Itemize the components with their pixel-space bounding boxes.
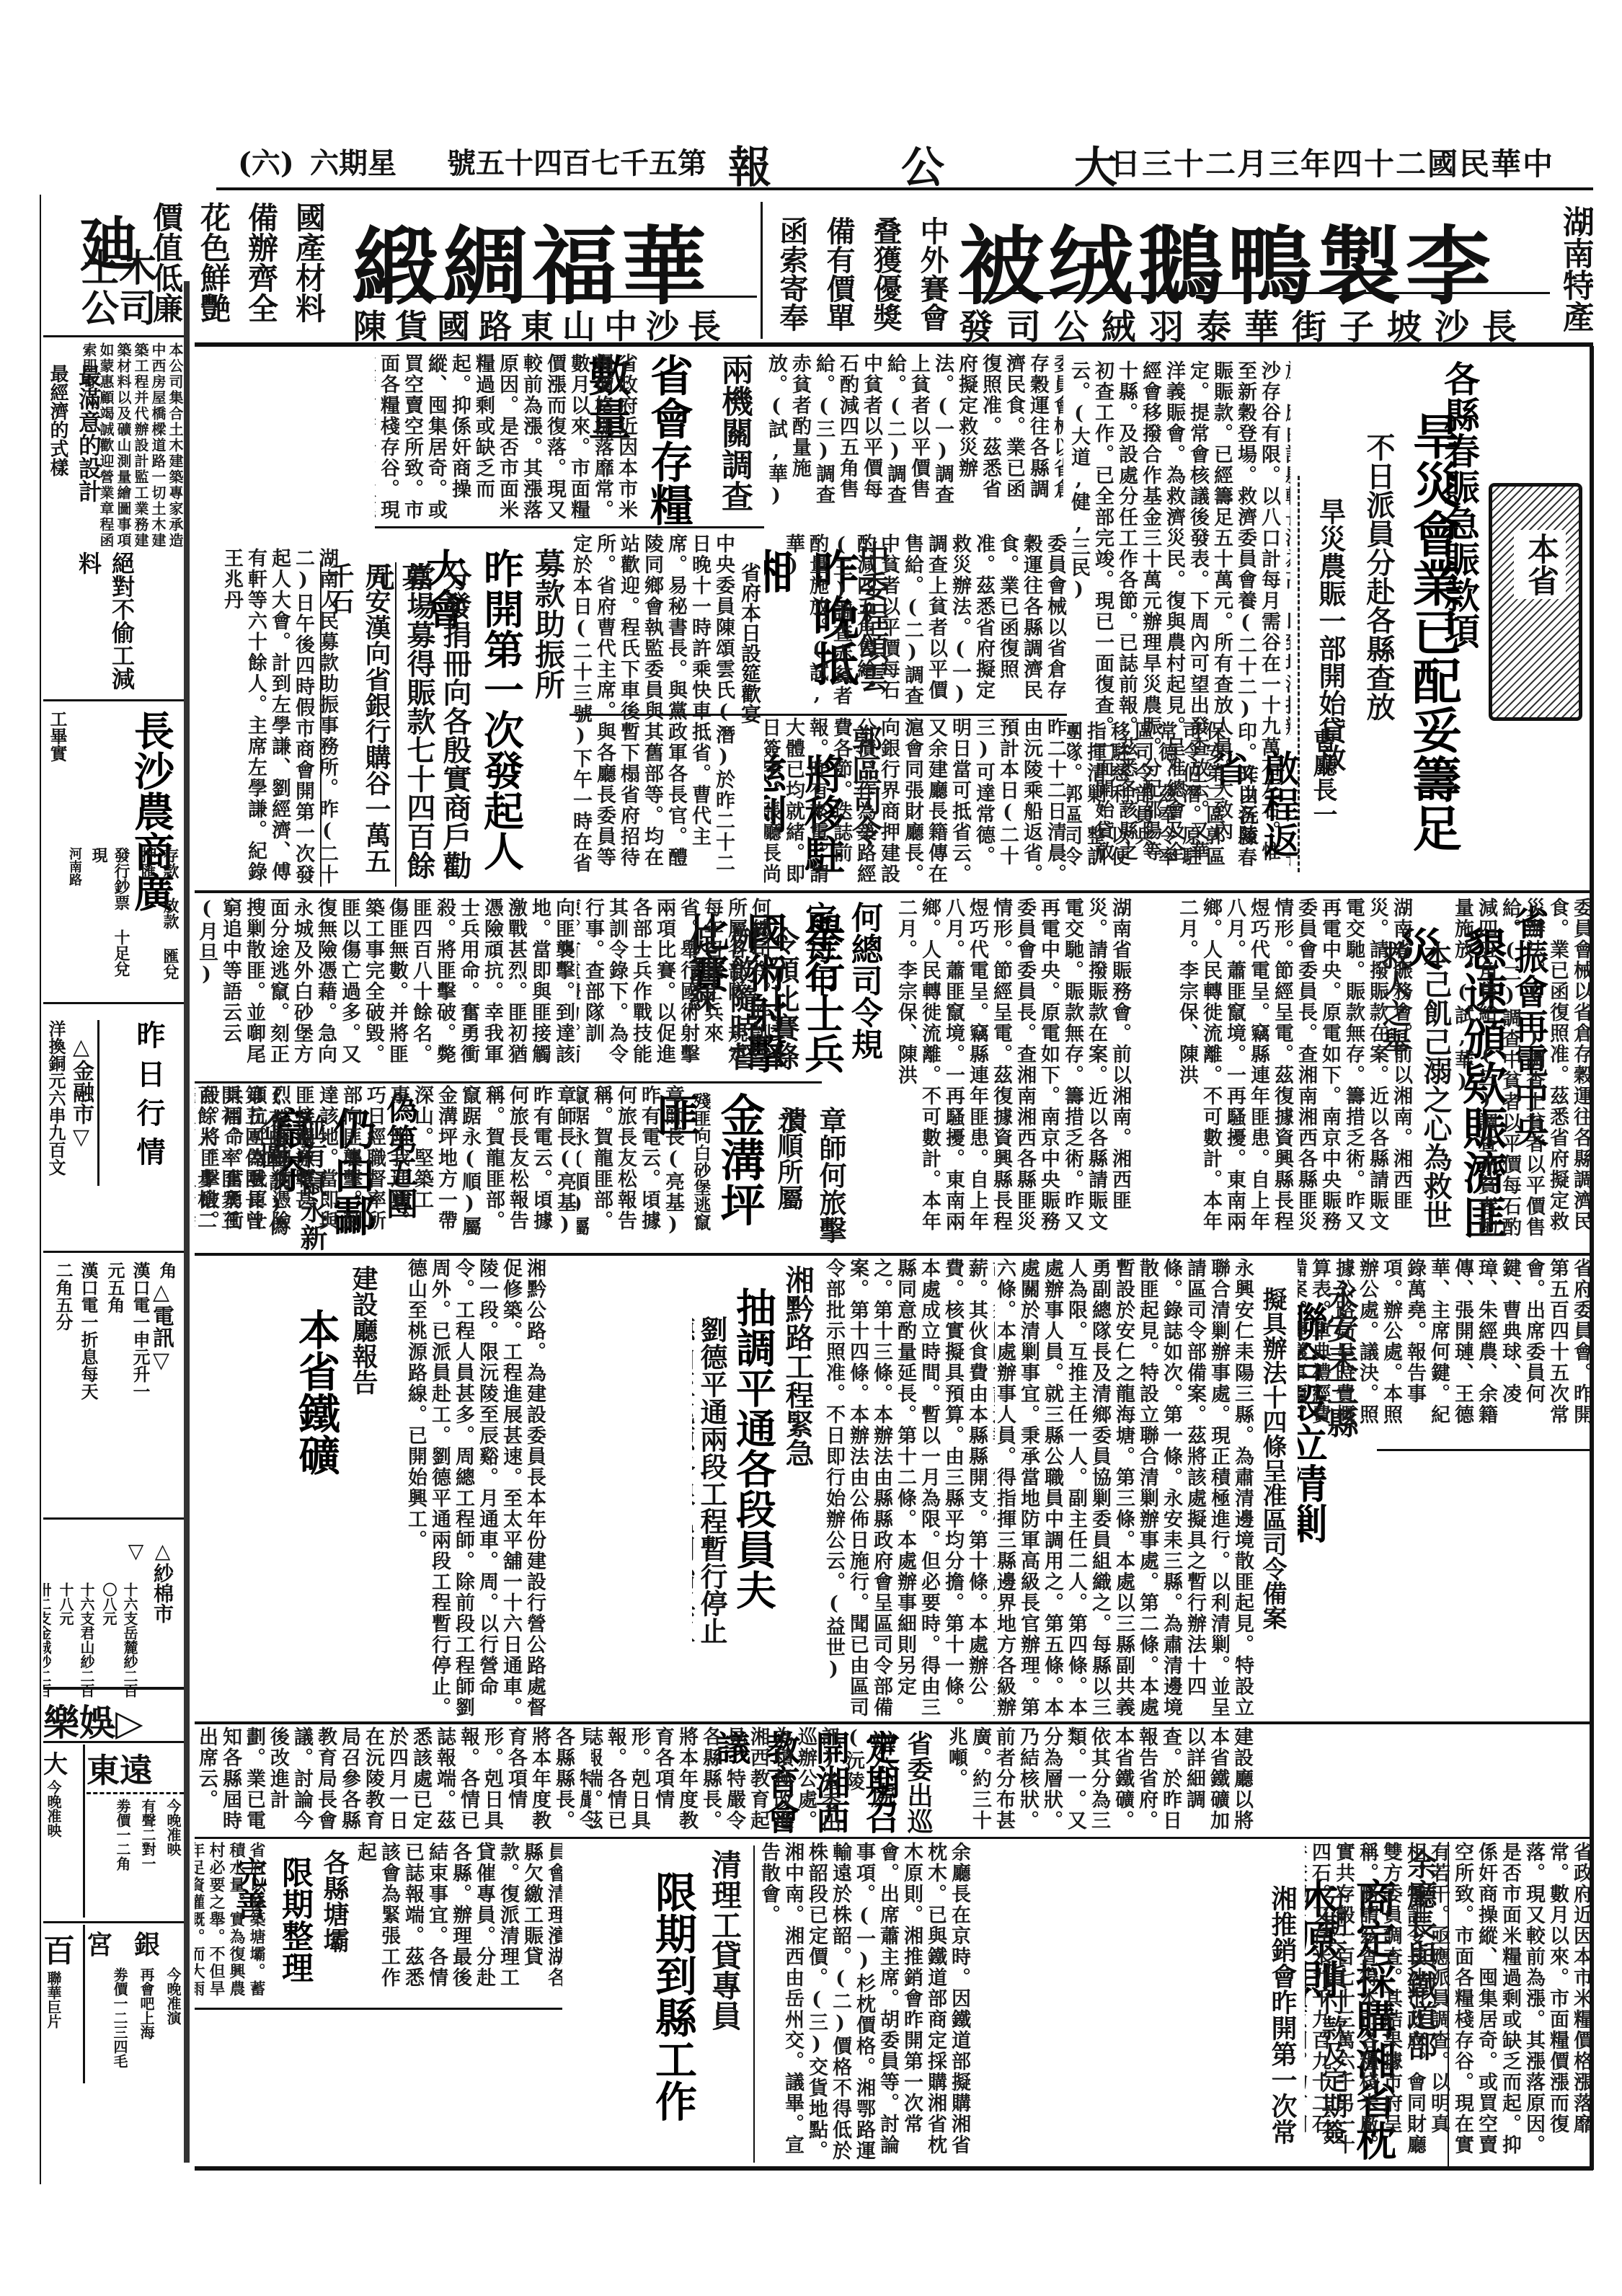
article-body: 何總司令。昨訓令所屬各部隊。規定每年召集士兵來省。舉行國術射擊兩項比賽。以促進各…: [577, 897, 771, 1081]
subheadline: 德山至桃源路線已開始興工: [692, 1316, 699, 1644]
subheadline: 擬具辦法十四條呈准區司令備案: [1255, 1287, 1290, 1630]
article-highway-body: 建設廳以將本省鐵礦加以詳細調查。於昨日報告省府。本省鐵礦。依其分為三類。一。又分…: [944, 1727, 1593, 1835]
rule: [195, 1837, 1593, 1839]
article-cao: 曹廳長一 啟程返省 昨由沅陵 保安第二區郭區司令伯潛。原駐常德。茲奉令率區司令部…: [1067, 721, 1355, 887]
article-drought-sub: 不日派員分赴各縣查放: [1348, 433, 1399, 872]
theater-name: 百: [43, 1925, 83, 1971]
market-section: 昨日行情 △金融市▽ 洋換銅元六串九百文 △電訊▽ 漢口電一申鈔升九角 漢口電一…: [43, 1006, 184, 1633]
market-cotton-line: 十六支岳麓紗二百〇八元: [99, 1582, 141, 1698]
theater-line: 有聲二對一: [138, 1799, 159, 1921]
article-sleepers: 余廳長與鐵道部 商定採購湘省枕木原則 分期交貨付款及定期簽約 省政府近因本市米糧…: [1305, 1842, 1593, 2166]
article-body: 省政府近因本市米糧價格漲落靡常。數月以來。市面糧價漲而復落。現又較前為漲。其漲落…: [378, 353, 638, 526]
theater-name: 銀宮: [87, 1925, 184, 1962]
article-he-martial: 何總司令規定每年 舉行士兵國術射擊比賽 令頒比賽條例飭隨時督促訓練 何總司令。昨…: [577, 897, 894, 1081]
headline-main: 抽調平通各段員夫: [724, 1287, 782, 1610]
ad-bank-address: 河南路: [65, 847, 84, 991]
article-body: 章師長(亮基)昨有電云。頃據何旅長友松報告稱。賀龍匪部。竄踞永(順)屬金溝坪地方…: [195, 897, 577, 1081]
masthead-date: 中華民國二十四年三月二十三日: [1110, 141, 1586, 184]
ad-construction-footer: 最經濟的式樣: [45, 364, 71, 477]
entertainment-heading: ▷娛樂: [43, 1694, 184, 1746]
theater-name: 遠東: [87, 1745, 184, 1794]
ad-silk-note: 備辦齊全: [239, 202, 283, 339]
theater-line: 今晚准映: [163, 1799, 184, 1921]
page-right-border: [1590, 346, 1594, 2170]
left-column-border: [184, 281, 190, 2163]
article-body: 保安第二區郭區司令伯潛。原駐常德。茲奉令率區司令部員兵。移駐慈利。以便指揮清剿。…: [1067, 721, 1226, 887]
market-telegraph-line: 漢口電一申鈔升九角: [154, 1262, 184, 1406]
masthead-rule: [216, 187, 1593, 190]
headline-pre: 湘黔路工程緊急: [777, 1265, 818, 1467]
article-cheng-body: 省府本日設筵歡宴 中央委員陳頌雲氏(潛)於昨二十二日晚十一時許乘快車抵省。曹代主…: [570, 533, 764, 887]
market-telegraph-lines: 漢口電一申鈔升九角 漢口電一申元升一元五角 漢口電一折息每天二角五分: [50, 1262, 184, 1406]
article-provincial-meeting-head: 湘黔路工程緊急 抽調平通各段員夫 劉德平通兩段工程暫行停止 德山至桃源路線已開始…: [692, 1258, 822, 1719]
article-fundraising: 募款助振所 昨開第一次發起人大會 分發捐冊向各殷實商戶勸募 當場募得賑款七十四百…: [195, 533, 570, 887]
article-ponds: [195, 2011, 562, 2166]
article-body: 章師長(亮基)昨有電云。頃據何旅長友松報告稱。賀龍匪部。竄踞永(順)屬金溝坪地方…: [577, 1085, 685, 1251]
left-margin-line: [40, 195, 41, 2184]
masthead-char-2: 公: [901, 133, 944, 184]
ad-duck-note: 函索寄奉: [771, 216, 812, 339]
ad-construction-slogan-2: 絕對不偷工減料: [72, 551, 138, 699]
ad-duck-divider: [959, 292, 1550, 294]
article-body: 省府以修築塘壩。蓄積水量。實為復興農村必要之舉。不但旱年足資灌溉。而大雨過多之歲…: [195, 1842, 267, 2008]
article-body: 湖南水災善後委員會清理濱湖各縣欠繳工賑貸款。復派清理工貸催專員。分赴各縣。辦理最…: [353, 1842, 562, 2008]
ad-duck-address: 長沙坡子街華泰羽絨公司發行: [959, 299, 1550, 342]
ad-bank-side: 工畢實: [45, 710, 70, 762]
headline-main: 旱災會業已配妥籌足: [1399, 411, 1468, 852]
article-price-body-a: 委員會械以省倉存穀運往各縣調濟民食。業已函復照准。茲悉省府擬定救災辦法。(一)調…: [764, 353, 1063, 519]
ad-construction-slogan-1: 最滿意的設計: [72, 364, 105, 502]
ad-bank-line: 發行鈔票 十足兌現: [88, 847, 133, 991]
theater-da[interactable]: 大 今晚准映: [43, 1745, 85, 1918]
rule: [577, 1081, 822, 1083]
subheadline: 湘推銷會昨開第一次常會: [1262, 1885, 1301, 2166]
article-provincial-meeting-body: 湘黔公路。為建設委員長本年份建設行營公路處督促修築。工程進展甚速。至太平舖一十六…: [404, 1258, 678, 1719]
headline-main: 限期到縣工作: [642, 1871, 703, 2122]
article-relief-cont: 湖南省賑務會。前以湘南。湘西匪災。請撥賑款在案。近以各縣請賑文電交馳。賑款無存。…: [894, 897, 1135, 1251]
rule: [1377, 1449, 1593, 1451]
ad-construction: 廸 土木 公司 本公司集合土木建築專家承造中西房屋橋樑道路一切土木建築工程并代辦…: [43, 198, 184, 699]
article-body: 章師長(亮基)昨有電云。頃據何旅長友松報告稱。賀龍匪部。竄踞永(順)屬金溝坪地方…: [425, 1085, 577, 1251]
article-body: [195, 2011, 454, 2166]
ad-duck-brand: 李製鴨鵝绒被: [959, 198, 1550, 299]
masthead-char-3: 報: [728, 133, 771, 184]
theater-line: 再會吧上海: [136, 1967, 157, 2090]
rule: [195, 2008, 562, 2010]
article-drought-headline: 各縣春賑急賑款項 旱災會業已配妥籌足: [1399, 360, 1485, 879]
article-jingou: 永順所屬 金溝坪匪 章師何旅擊潰 殘匪向白砂堡逃竄 章師長(亮基)昨有電云。頃據…: [577, 1085, 894, 1251]
article-body: 委員會械以省倉存穀運往各縣調濟民食。業已函復照准。茲悉省府擬定救災辦法。(一)調…: [764, 353, 1063, 519]
market-divider: [43, 1251, 184, 1253]
subheadline: 不日派員分赴各縣查放: [1362, 433, 1395, 721]
article-iron-mine: 省委出巡辦公處 定期召開湘西教育會議 (沅陵訊)省委出巡辦公處。為積極改進湘西教…: [591, 1727, 944, 1835]
market-divider: [43, 1517, 184, 1520]
article-body: (茶陵特訊)偽第五團偽團長曾開福。率匪衆三百餘人。步槍二百餘桿。花機關槍七八枝。…: [195, 1085, 288, 1251]
ad-duck-down: 湖南特產 李製鴨鵝绒被 長沙坡子街華泰羽絨公司發行 中外賽會 叠獲優獎 備有價單…: [764, 198, 1593, 342]
article-jingou-cont: 章師長(亮基)昨有電云。頃據何旅長友松報告稱。賀龍匪部。竄踞永(順)屬金溝坪地方…: [195, 897, 577, 1081]
masthead-char-1: 大: [1074, 133, 1117, 184]
rule: [43, 1921, 184, 1923]
market-title: 昨日行情: [128, 1020, 169, 1176]
market-telegraph-line: 漢口電一折息每天二角五分: [50, 1262, 101, 1406]
ad-separator: [761, 202, 763, 339]
article-three-counties: 擬具辦法十四條呈准區司令備案 永興安仁耒陽三縣。為肅清邊境散匪起見。特設立聯合清…: [995, 1258, 1298, 1719]
market-telegraph-line: 漢口電一申元升一元五角: [102, 1262, 153, 1406]
subheadline: 昨由沅陵: [1233, 764, 1262, 845]
theater-line: 劵價一二三四毛: [110, 1967, 130, 2090]
masthead-page-number: (六): [238, 141, 296, 184]
theater-far-east[interactable]: 遠東 今晚准映 有聲二對一 劵價一二角: [87, 1745, 184, 1918]
article-body: 湘黔公路。為建設委員長本年份建設行營公路處督促修築。工程進展甚速。至太平舖一十六…: [404, 1258, 546, 1719]
ad-duck-note: 叠獲優獎: [865, 216, 906, 339]
article-body: 湖南省賑務會。前以湘南。湘西匪災。請撥賑款在案。近以各縣請賑文電交馳。賑款無存。…: [894, 897, 1132, 1251]
article-body: 委員會械以省倉存穀運往各縣調濟民食。業已函復照准。茲悉省府擬定救災辦法。(一)調…: [894, 533, 1067, 714]
masthead-issue-number: 第五千七百四十五號: [404, 141, 706, 184]
rule: [195, 890, 1593, 893]
market-cotton-line: 十六支君山紗二百十八元: [56, 1582, 97, 1698]
article-body: (沅陵訊)省委出巡辦公處。為積極改進湘西教育起見。特嚴令各縣縣長。將本年度教育各…: [591, 1727, 865, 1835]
subheadline: 省府本日設筵歡宴: [735, 562, 764, 724]
ad-bank: 工畢實 長沙農商廣 財政實業註冊專營 存款 放款 匯兌 押匯 發行鈔票 十足兌現…: [43, 703, 184, 998]
triangle-up-icon: △: [151, 1539, 174, 1563]
article-work-loan: 各縣塘壩 限期整理完善 省府以修築塘壩。蓄積水量。實為復興農村必要之舉。不但旱年…: [195, 1842, 353, 2008]
article-western-education-body: 湖南水災善後委員會清理濱湖各縣欠繳工賑貸款。復派清理工貸催專員。分赴各縣。辦理最…: [353, 1842, 562, 2008]
article-yongxin: 永安耒三縣 聯合設立清剿辦事處 省府委員會。昨開第五百四十五次常會。出席委員何鍵…: [1298, 1258, 1593, 1546]
ad-bank-line: 存款 放款 匯兌 押匯: [137, 847, 182, 991]
ad-silk-note: 花色鮮艷: [192, 202, 235, 339]
article-highway: 建設廳報告 本省鐵礦: [195, 1258, 404, 1719]
article-sleepers-body: 余廳長在京時。因鐵道部擬購湘省枕木。已與鐵道部商定採購湘省枕木原則。湘推銷會昨開…: [757, 1842, 1262, 2166]
article-body: 湖南人民募款助振事務所。昨(二十二)日午後四時假市商會開第一次發起人大會。計到左…: [195, 548, 339, 887]
article-sleepers-sub: 湘推銷會昨開第一次常會: [1262, 1842, 1305, 2166]
rule: [43, 1741, 184, 1743]
theater-bai[interactable]: 百 聯華巨片: [43, 1925, 85, 2083]
subheadline: 殘匪向白砂堡逃竄: [688, 1092, 714, 1231]
triangle-down-icon: ▽: [68, 1125, 94, 1150]
ad-duck-notes: 中外賽會 叠獲優獎 備有價單 函索寄奉: [771, 216, 953, 339]
article-cheng: 中委程頌雲 昨晚抵湘 委員會械以省倉存穀運往各縣調濟民食。業已函復照准。茲悉省府…: [764, 533, 1067, 714]
article-guo: 郭區司令 將移駐慈利 昨二十二日清晨。由沅陵乘船返省。預計本日(二十三)可達常德…: [764, 717, 1067, 887]
rule: [43, 699, 184, 701]
rule: [195, 1721, 1593, 1724]
article-body: 余廳長在京時。因鐵道部擬購湘省枕木。已與鐵道部商定採購湘省枕木原則。湘推銷會昨開…: [757, 1842, 971, 2166]
theater-line: 劵價一二角: [112, 1799, 133, 1921]
entertainment-heading-label: 娛樂: [43, 1701, 115, 1744]
article-body: 省政府近因本市米糧價格漲落靡常。數月以來。市面糧價漲而復落。現又較前為漲。其漲落…: [1448, 1842, 1593, 2166]
theater-name: 大: [43, 1745, 83, 1780]
masthead-paper-name: 大 公 報: [728, 133, 1117, 184]
triangle-down-icon: ▽: [124, 1539, 148, 1563]
ad-silk-note: 國產材料: [287, 202, 330, 339]
article-grain: 省會存糧數量 兩機關調查 省政府近因本市米糧價格漲落靡常。數月以來。市面糧價漲而…: [375, 353, 761, 526]
theater-silver-palace[interactable]: 銀宮 今晚准演 再會吧上海 劵價一二三四毛: [87, 1925, 184, 2083]
article-body: 中央委員陳頌雲氏(潛)於昨二十二日晚十一時許乘快車抵省。曹代主席。易秘書長。與黨…: [570, 533, 735, 887]
headline-pre: 建設廳報告: [345, 1265, 382, 1395]
province-illustration: 本省: [1489, 483, 1582, 721]
rule: [43, 1687, 184, 1690]
article-body: 省府委員會。昨開第五百四十五次常會。出席委員何鍵、曹典球、凌璋、朱經農、余籍傳、…: [1377, 1258, 1593, 1445]
page-bottom-rule: [195, 2166, 1593, 2171]
triangle-up-icon: △: [68, 1034, 94, 1060]
entertainment-section: ▷娛樂 遠東 今晚准映 有聲二對一 劵價一二角 大 今晚准映 銀宮 今晚准演 再…: [43, 1683, 184, 2145]
ad-bank-lines: 財政實業註冊專營 存款 放款 匯兌 押匯 發行鈔票 十足兌現 河南路: [65, 847, 184, 991]
article-body: 湖南省賑務會。前以湘南。湘西匪災。請撥賑款在案。近以各縣請賑文電交馳。賑款無存。…: [1139, 897, 1413, 1251]
headline-main: 本省鐵礦: [285, 1308, 346, 1476]
ads-bottom-rule: [195, 342, 1593, 347]
theater-line: 今晚准映: [43, 1780, 64, 1888]
article-body: 委員會械以省倉存穀運往各縣調濟民食。業已函復照准。茲悉省府擬定救災辦法。(一)調…: [1557, 897, 1593, 1251]
rule: [570, 714, 1067, 716]
ad-construction-brand-line: 公司: [58, 289, 180, 329]
ad-silk: 華福綢緞莊 長沙中山東路國貨陳列館 國產材料 備辦齊全 花色鮮艷 價值低廉: [144, 198, 757, 342]
article-body: (沅陵訊)省委出巡辦公處。為積極改進湘西教育起見。特嚴令各縣縣長。將本年度教育各…: [195, 1727, 591, 1835]
ad-construction-brand: 土木 公司: [58, 249, 180, 329]
headline-pre: 募款助振所: [526, 548, 570, 699]
headline-pre: 清理工貸專員: [703, 1849, 746, 2031]
article-body: 永興安仁耒陽三縣。為肅清邊境散匪起見。特設立聯合清剿辦事處。現正積極進行。以利清…: [995, 1258, 1254, 1719]
rule: [375, 526, 764, 528]
ad-construction-body: 本公司集合土木建築專家承造中西房屋橋樑道路一切土木建築工程并代辦設計監工業務建築…: [105, 342, 184, 551]
ad-silk-address: 長沙中山東路國貨陳列館: [353, 301, 757, 342]
subheadline: 章師何旅擊潰: [771, 1107, 851, 1251]
market-finance-label: 金融市: [68, 1060, 94, 1125]
article-body: 永興安仁耒陽三縣。為肅清邊境散匪起見。特設立聯合清剿辦事處。現正積極進行。以利清…: [822, 1258, 995, 1719]
headline-pre: 各縣塘壩: [316, 1849, 353, 1953]
article-western-education: 清理工貸專員 限期到縣工作: [562, 1842, 753, 2166]
ad-silk-brand: 華福綢緞莊: [353, 198, 757, 299]
article-three-counties-cont: 永興安仁耒陽三縣。為肅清邊境散匪起見。特設立聯合清剿辦事處。現正積極進行。以利清…: [822, 1258, 995, 1719]
market-divider: [97, 1020, 99, 1186]
article-chaling: 偽第五團 仍由酃竄茶 並有竄永新企圖 章師長(亮基)昨有電云。頃據何旅長友松報告…: [195, 1085, 577, 1251]
ad-silk-divider: [353, 296, 757, 298]
ad-duck-label: 湖南特產: [1557, 205, 1593, 332]
article-relief-telegram: 省振會再電中央 懇速頒欵賑濟匪災 本己飢己溺之心為救世救人之舉 湖南省賑務會。前…: [1139, 897, 1593, 1251]
ad-duck-note: 中外賽會: [912, 216, 953, 339]
play-triangle-icon: ▷: [115, 1701, 143, 1744]
market-finance-line: 洋換銅元六串九百文: [43, 1020, 68, 1176]
market-cotton-line: 卅二支金城紗二百六十八元: [43, 1582, 54, 1698]
masthead-weekday: 星期六: [303, 141, 396, 184]
article-body: 昨二十二日清晨。由沅陵乘船返省。預計本日(二十三)可達常德。明日當可抵省云。又余…: [887, 717, 1067, 887]
market-finance-heading: △金融市▽: [65, 1034, 97, 1150]
ad-construction-divider: [43, 335, 184, 337]
theater-line: 聯華巨片: [43, 1971, 64, 2079]
theater-line: 今晚准演: [163, 1967, 184, 2090]
rule: [195, 1081, 577, 1083]
rule: [195, 1253, 1593, 1256]
headline-pre: 曹廳長一: [1306, 728, 1341, 826]
article-iron-mine-cont: (沅陵訊)省委出巡辦公處。為積極改進湘西教育起見。特嚴令各縣縣長。將本年度教育各…: [195, 1727, 591, 1835]
rule: [43, 1002, 184, 1004]
illustration-label: 本省: [1514, 530, 1566, 599]
rule: [753, 1845, 755, 2163]
ad-construction-brand-line: 土木: [58, 249, 180, 289]
article-body: 建設廳以將本省鐵礦加以詳細調查。於昨日報告省府。本省鐵礦。依其分為三類。一。又分…: [944, 1727, 1254, 1835]
ad-duck-note: 備有價單: [818, 216, 859, 339]
headline-pre: 兩機關調查: [711, 353, 757, 512]
